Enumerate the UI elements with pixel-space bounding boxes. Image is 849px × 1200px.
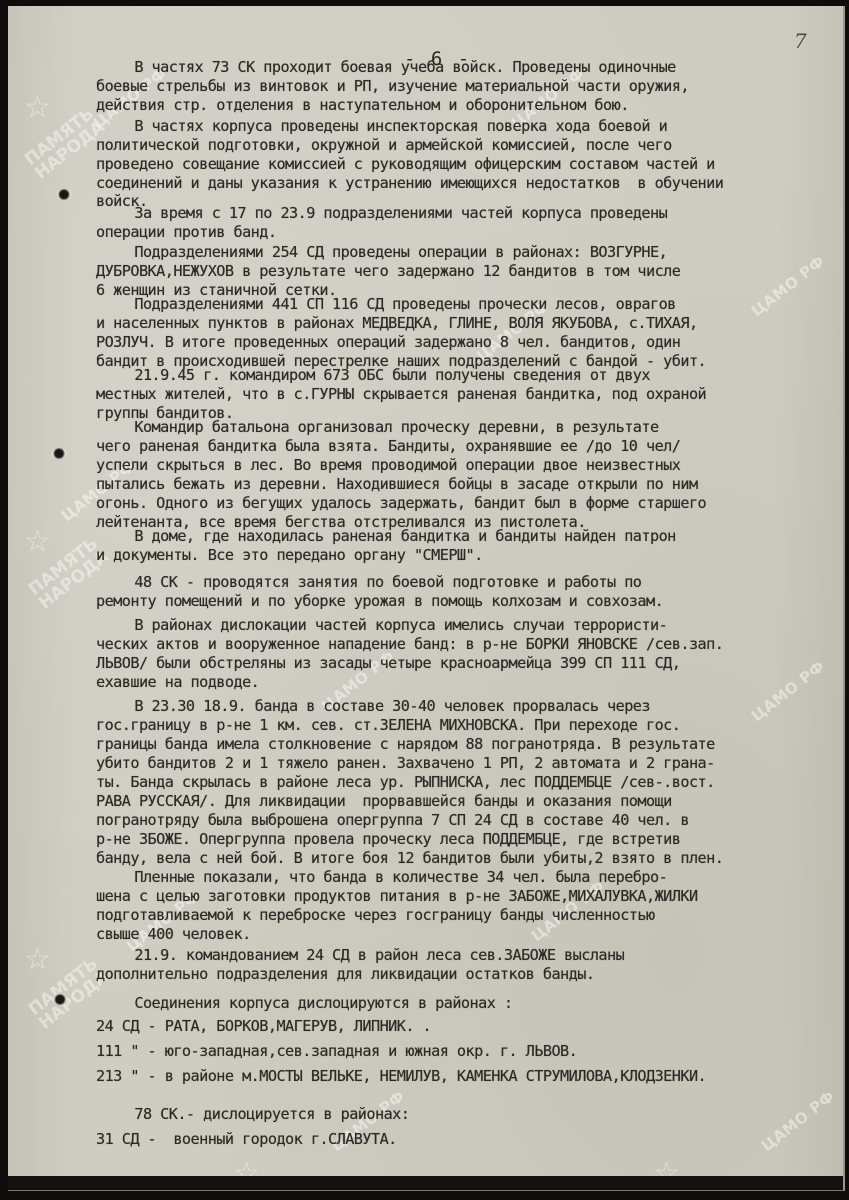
text-line: 21.9.45 г. командиром 673 ОБС были получ…: [100, 366, 650, 386]
text-line: р-не ЗБОЖЕ. Опергруппа провела проческу …: [96, 830, 680, 850]
text-line: 78 СК.- дислоцируется в районах:: [100, 1105, 409, 1125]
text-line: 21.9. командованием 24 СД в район леса с…: [100, 946, 624, 966]
text-line: ты. Банда скрылась в районе леса ур. РЫП…: [96, 773, 715, 793]
text-line: пытались бежать из деревни. Находившиеся…: [96, 475, 698, 495]
text-line: гос.границу в р-не 1 км. сев. ст.ЗЕЛЕНА …: [96, 716, 680, 736]
punch-hole: [52, 994, 68, 1005]
text-line: операции против банд.: [96, 223, 276, 243]
text-line: чего раненая бандитка была взята. Бандит…: [96, 437, 680, 457]
text-line: подготавливаемой к переброске через госг…: [96, 906, 655, 926]
text-line: ческих актов и вооруженное нападение бан…: [96, 635, 723, 655]
text-line: соединений и даны указания к устранению …: [96, 174, 723, 194]
text-line: боевые стрельбы из винтовок и РП, изучен…: [96, 77, 689, 97]
star-icon: ☆: [24, 942, 51, 977]
text-line: ДУБРОВКА,НЕЖУХОВ в результате чего задер…: [96, 262, 680, 282]
text-line: свыше 400 человек.: [96, 925, 251, 945]
page-bottom-edge: [8, 1176, 843, 1190]
text-line: и документы. Все это передано органу "СМ…: [96, 546, 483, 566]
text-line: 31 СД - военный городок г.СЛАВУТА.: [96, 1130, 397, 1150]
text-line: Подразделениями 441 СП 116 СД проведены …: [100, 295, 676, 315]
sheet-number-handwritten: 7: [794, 29, 807, 53]
text-line: 24 СД - РАТА, БОРКОВ,МАГЕРУВ, ЛИПНИК. .: [96, 1017, 431, 1037]
text-line: Пленные показали, что банда в количестве…: [100, 868, 667, 888]
text-line: политической подготовки, окружной и арме…: [96, 136, 672, 156]
star-icon: ☆: [24, 90, 51, 125]
text-line: ехавшие на подводе.: [96, 673, 259, 693]
star-icon: ☆: [24, 524, 51, 559]
text-line: убито бандитов 2 и 1 тяжело ранен. Захва…: [96, 754, 715, 774]
text-line: В частях 73 СК проходит боевая учеба вой…: [100, 58, 676, 78]
text-line: В доме, где находилась раненая бандитка …: [100, 527, 676, 547]
watermark-camo: ЦАМО РФ: [758, 1087, 838, 1155]
text-line: успели скрыться в лес. Во время проводим…: [96, 456, 680, 476]
text-line: РАВА РУССКАЯ/. Для ликвидации прорвавшей…: [96, 792, 672, 812]
text-line: ремонту помещений и по уборке урожая в п…: [96, 592, 663, 612]
text-line: 213 " - в районе м.МОСТЫ ВЕЛЬКЕ, НЕМИЛУВ…: [96, 1067, 706, 1087]
text-line: РОЗЛУЧ. В итоге проведенных операций зад…: [96, 333, 680, 353]
text-line: Командир батальона организовал проческу …: [100, 418, 659, 438]
watermark-camo: ЦАМО РФ: [748, 657, 828, 725]
text-line: 111 " - юго-западная,сев.западная и южна…: [96, 1042, 577, 1062]
document-page: ЦАМО РФ ЦАМО РФ ЦАМО РФ ЦАМО РФ ЦАМО РФ …: [8, 6, 845, 1191]
punch-hole: [56, 189, 72, 200]
text-line: В районах дислокации частей корпуса имел…: [100, 616, 667, 636]
text-line: банду, вела с ней бой. В итоге боя 12 ба…: [96, 849, 723, 869]
text-line: В 23.30 18.9. банда в составе 30-40 чело…: [100, 697, 650, 717]
text-line: За время с 17 по 23.9 подразделениями ча…: [100, 204, 667, 224]
punch-hole: [51, 448, 67, 459]
text-line: погранотряду была выброшена опергруппа 7…: [96, 811, 689, 831]
text-line: дополнительно подразделения для ликвидац…: [96, 965, 594, 985]
text-line: границы банда имела столкновение с наряд…: [96, 735, 715, 755]
text-line: 48 СК - проводятся занятия по боевой под…: [100, 573, 641, 593]
text-line: ЛЬВОВ/ были обстреляны из засады четыре …: [96, 654, 680, 674]
text-line: Подразделениями 254 СД проведены операци…: [100, 243, 667, 263]
text-line: местных жителей, что в с.ГУРНЫ скрываетс…: [96, 385, 706, 405]
text-line: и населенных пунктов в районах МЕДВЕДКА,…: [96, 314, 698, 334]
watermark-camo: ЦАМО РФ: [748, 252, 828, 320]
text-line: проведено совещание комиссией с руководя…: [96, 155, 715, 175]
text-line: действия стр. отделения в наступательном…: [96, 96, 629, 116]
text-line: Соединения корпуса дислоцируются в район…: [100, 994, 513, 1014]
text-line: шена с целью заготовки продуктов питания…: [96, 887, 698, 907]
text-line: огонь. Одного из бегущих удалось задержа…: [96, 494, 706, 514]
text-line: В частях корпуса проведены инспекторская…: [100, 117, 667, 137]
